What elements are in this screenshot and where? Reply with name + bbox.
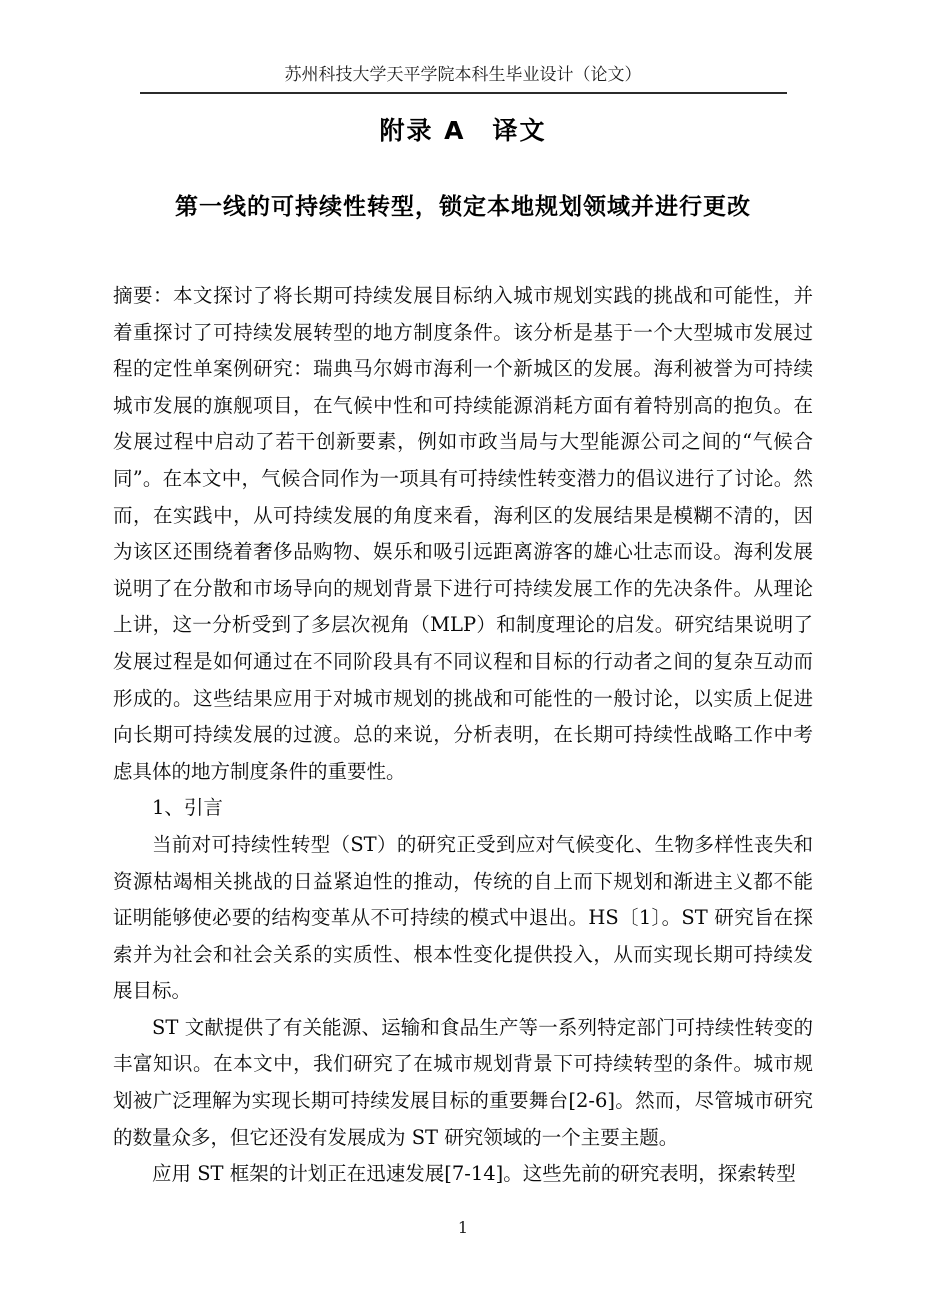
appendix-title: 附录 A 译文 [0, 116, 926, 146]
introduction-paragraph-2: ST 文献提供了有关能源、运输和食品生产等一系列特定部门可持续性转变的丰富知识。… [113, 1010, 813, 1156]
abstract-paragraph: 摘要：本文探讨了将长期可持续发展目标纳入城市规划实践的挑战和可能性，并着重探讨了… [113, 278, 813, 790]
header-rule [140, 92, 787, 94]
introduction-paragraph-1: 当前对可持续性转型（ST）的研究正受到应对气候变化、生物多样性丧失和资源枯竭相关… [113, 827, 813, 1010]
page-number: 1 [0, 1218, 926, 1237]
article-title: 第一线的可持续性转型，锁定本地规划领域并进行更改 [0, 192, 926, 222]
introduction-paragraph-3: 应用 ST 框架的计划正在迅速发展[7-14]。这些先前的研究表明，探索转型 [113, 1156, 813, 1193]
running-header-text: 苏州科技大学天平学院本科生毕业设计（论文） [0, 0, 926, 86]
document-page: 苏州科技大学天平学院本科生毕业设计（论文） 附录 A 译文 第一线的可持续性转型… [0, 0, 926, 1309]
document-body: 摘要：本文探讨了将长期可持续发展目标纳入城市规划实践的挑战和可能性，并着重探讨了… [113, 278, 813, 1193]
section-heading-introduction: 1、引言 [113, 790, 813, 827]
